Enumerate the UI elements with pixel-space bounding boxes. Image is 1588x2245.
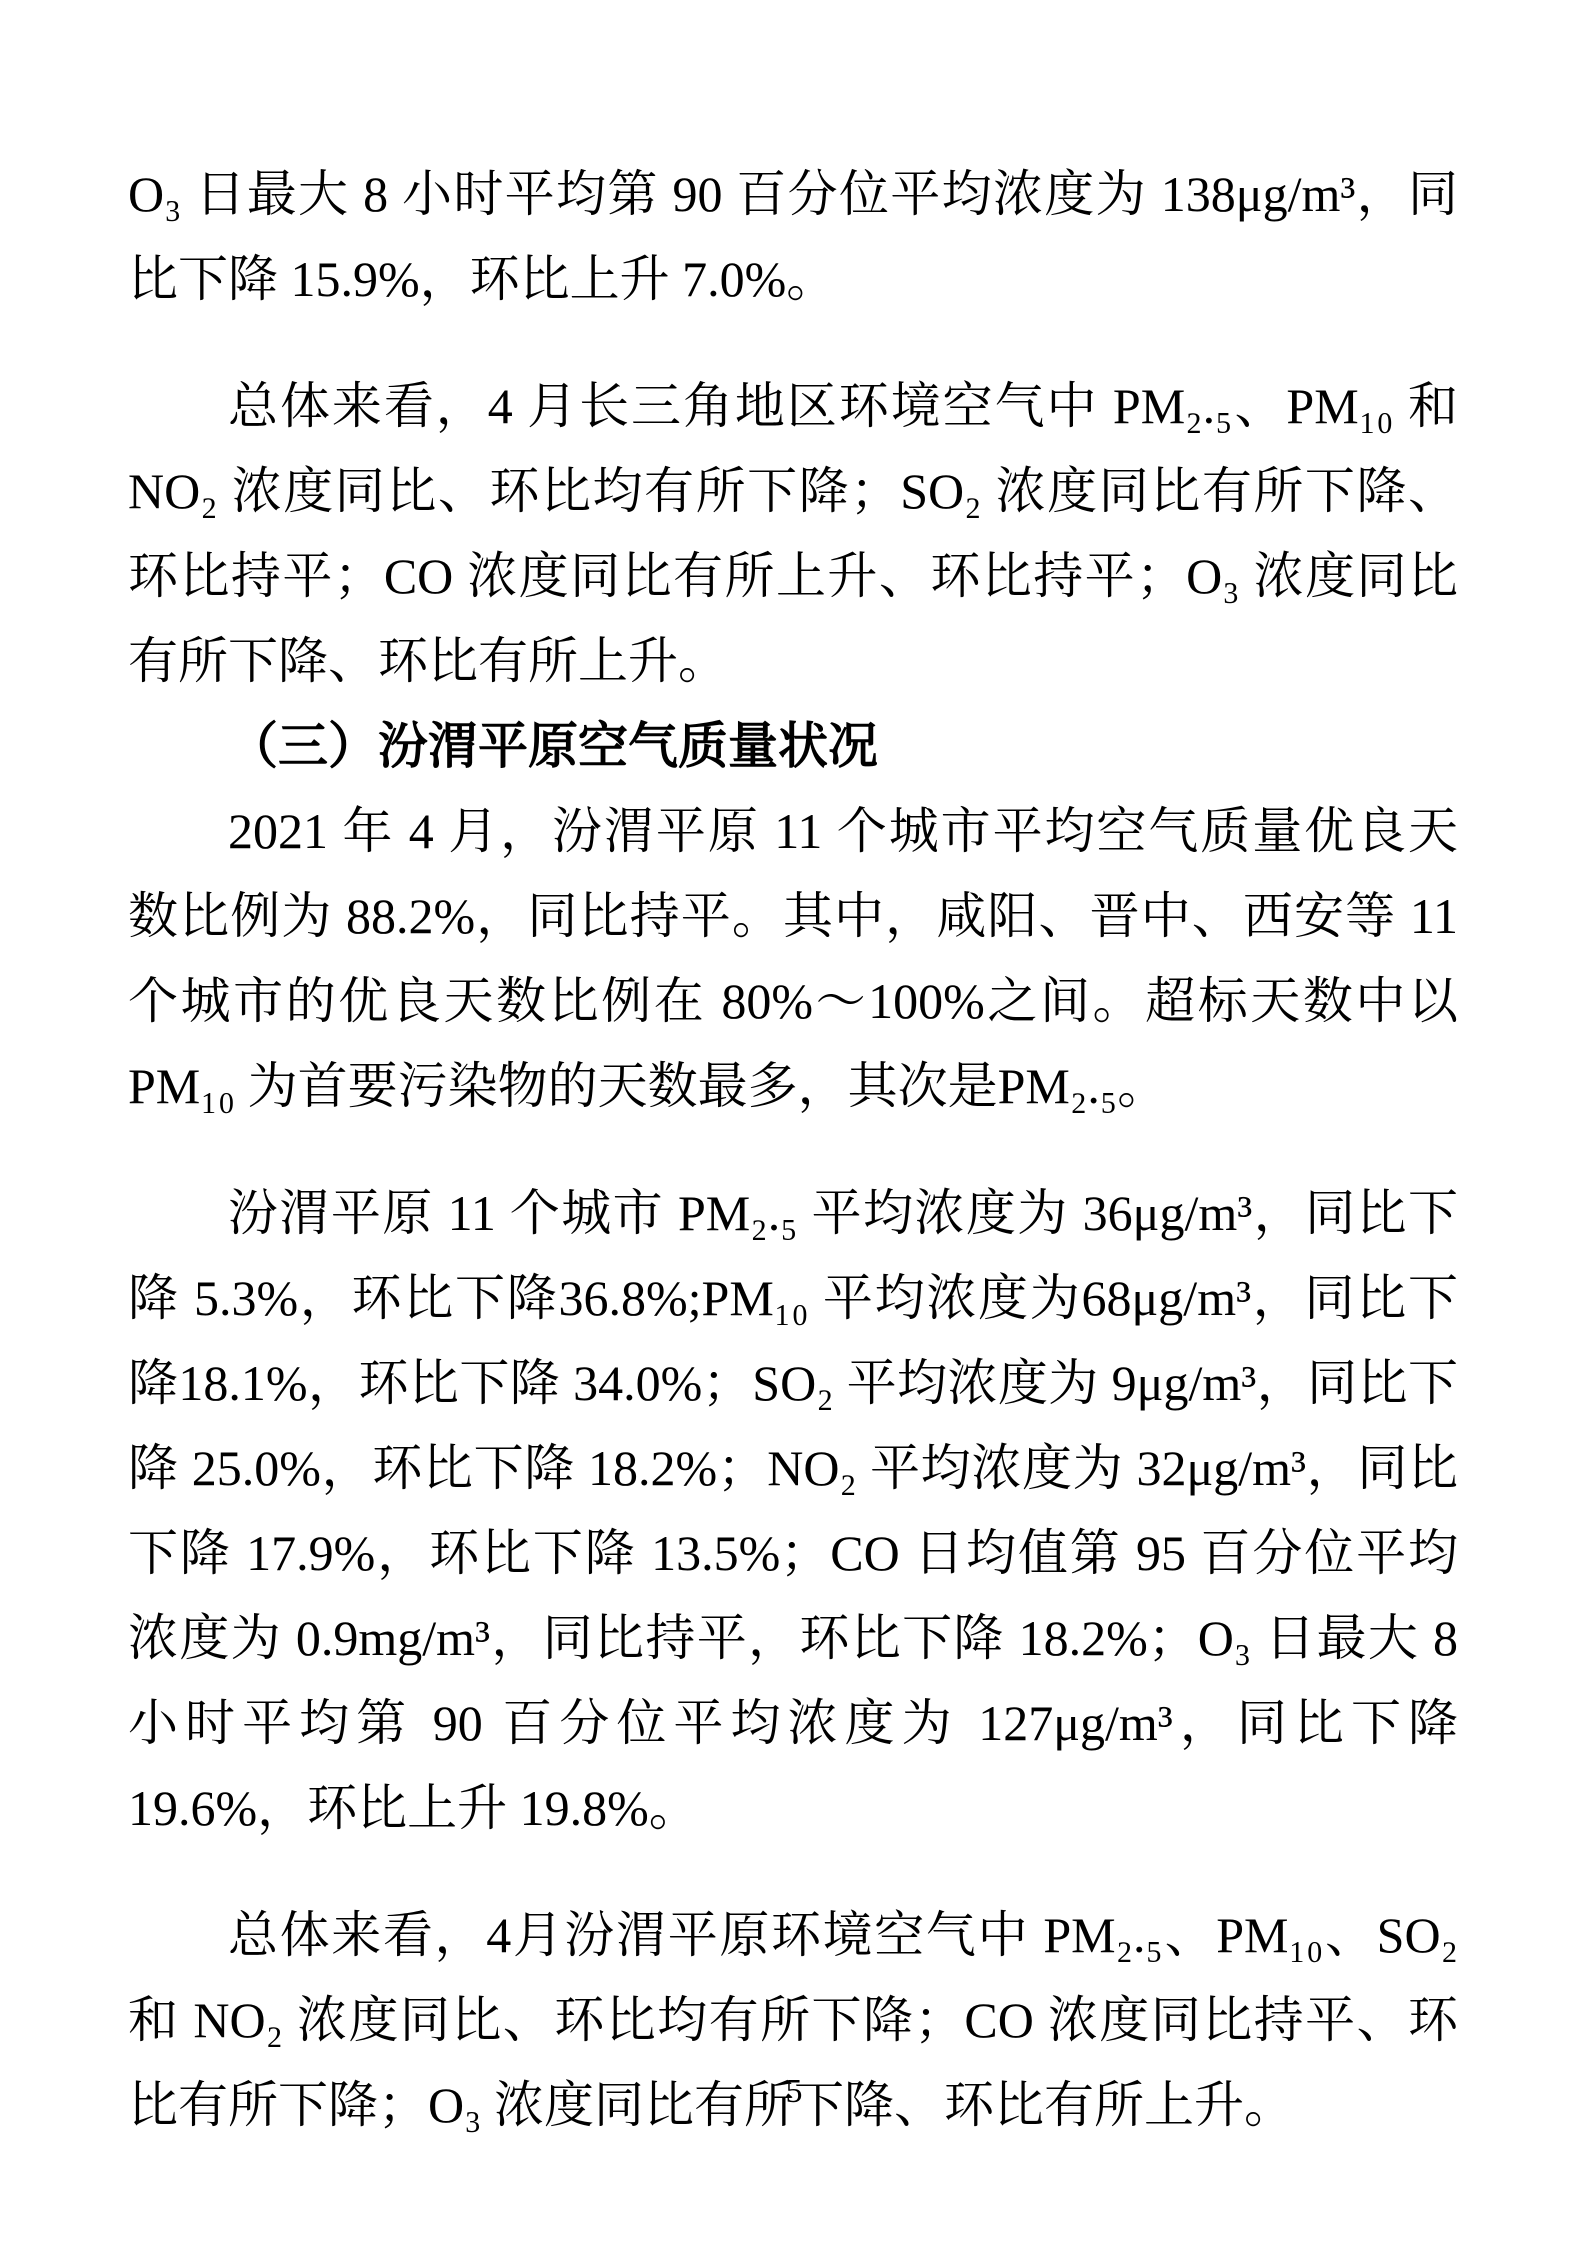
paragraph-fenwei-days: 2021 年 4 月，汾渭平原 11 个城市平均空气质量优良天数比例为 88.2… [128,789,1458,1129]
paragraph-o3-continuation: O₃ 日最大 8 小时平均第 90 百分位平均浓度为 138μg/m³，同比下降… [128,152,1458,322]
paragraph-fenwei-concentrations: 汾渭平原 11 个城市 PM₂.₅ 平均浓度为 36μg/m³，同比下降 5.3… [128,1171,1458,1851]
document-page: O₃ 日最大 8 小时平均第 90 百分位平均浓度为 138μg/m³，同比下降… [0,0,1588,2245]
page-number: 5 [0,2072,1588,2112]
paragraph-yangtze-overall: 总体来看，4 月长三角地区环境空气中 PM₂.₅、PM₁₀ 和 NO₂ 浓度同比… [128,364,1458,704]
section-heading-fenwei: （三）汾渭平原空气质量状况 [128,704,1458,789]
document-body: O₃ 日最大 8 小时平均第 90 百分位平均浓度为 138μg/m³，同比下降… [128,152,1458,2148]
